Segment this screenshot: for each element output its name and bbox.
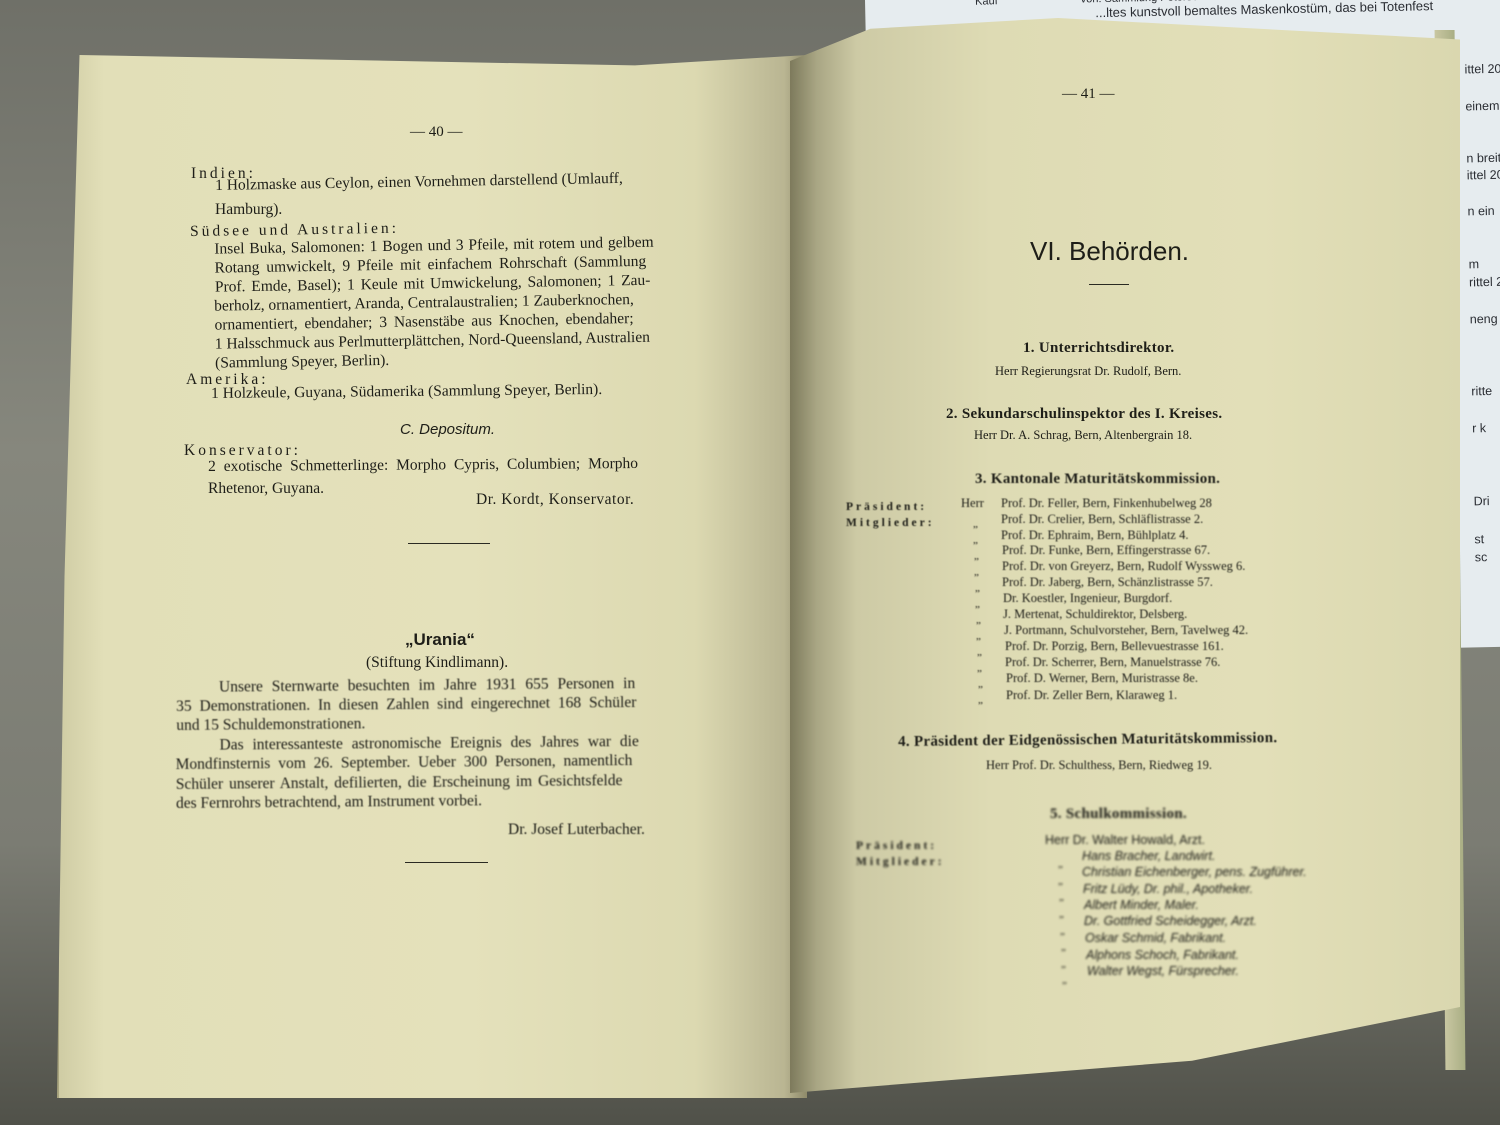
ditto-mark: „ (975, 598, 980, 610)
member-line: Prof. Dr. Zeller Bern, Klaraweg 1. (1006, 688, 1177, 703)
member-line: Fritz Lüdy, Dr. phil., Apotheker. (1083, 882, 1253, 896)
member-line: Albert Minder, Maler. (1084, 898, 1199, 912)
doc-fragment: ittel 20 (1467, 168, 1500, 183)
doc-fragment: ittel 20. (1464, 62, 1500, 77)
doc-fragment: m (1469, 257, 1480, 271)
signature: Dr. Kordt, Konservator. (476, 490, 634, 509)
text-line: Mondfinsternis vom 26. September. Ueber … (176, 751, 633, 774)
ditto-mark: „ (976, 630, 981, 642)
text-line: Rhetenor, Guyana. (208, 479, 324, 498)
text-line: Schüler unserer Anstalt, defilierten, di… (176, 771, 623, 794)
urania-title: „Urania“ (405, 630, 475, 650)
member-line: Prof. Dr. Funke, Bern, Effingerstrasse 6… (1002, 543, 1210, 558)
label-president: Präsident: (846, 501, 927, 513)
member-line: Hans Bracher, Landwirt. (1082, 849, 1215, 863)
ditto-mark: „ (1059, 908, 1064, 920)
doc-fragment: Dri (1473, 494, 1489, 508)
member-line: Herr Dr. Walter Howald, Arzt. (1045, 833, 1205, 847)
member-line: Christian Eichenberger, pens. Zugführer. (1082, 865, 1307, 879)
member-line: Prof. D. Werner, Bern, Muristrasse 8e. (1006, 671, 1198, 686)
urania-subtitle: (Stiftung Kindlimann). (366, 653, 508, 672)
depositum-title: C. Depositum. (400, 421, 495, 438)
doc-fragment: sc (1475, 550, 1488, 564)
section-heading: 2. Sekundarschulinspektor des I. Kreises… (946, 406, 1222, 423)
text-line: 2 exotische Schmetterlinge: Morpho Cypri… (208, 454, 638, 476)
member-line: J. Mertenat, Schuldirektor, Delsberg. (1003, 607, 1187, 622)
member-line: J. Portmann, Schulvorsteher, Bern, Tavel… (1004, 623, 1248, 638)
text-line: Hamburg). (215, 200, 282, 219)
doc-header-left: Kauf (975, 0, 998, 8)
ditto-mark: „ (977, 662, 982, 674)
ditto-mark: „ (1061, 958, 1066, 970)
doc-fragment: n breit (1466, 151, 1500, 166)
member-line: Oskar Schmid, Fabrikant. (1085, 931, 1226, 945)
doc-fragment: einem (1465, 99, 1499, 114)
member-line: Prof. Dr. Feller, Bern, Finkenhubelweg 2… (1001, 496, 1212, 511)
label-members: Mitglieder: (856, 856, 945, 868)
herr-label: Herr (961, 496, 984, 511)
text-line: 35 Demonstrationen. In diesen Zahlen sin… (176, 693, 636, 716)
ditto-mark: „ (1061, 941, 1066, 953)
ditto-mark: „ (976, 614, 981, 626)
ditto-mark: „ (978, 678, 983, 690)
chapter-title: VI. Behörden. (1030, 236, 1189, 267)
member-line: Dr. Koestler, Ingenieur, Burgdorf. (1003, 591, 1172, 606)
text-line: Herr Dr. A. Schrag, Bern, Altenbergrain … (974, 428, 1192, 443)
page-number: — 41 — (1062, 86, 1115, 103)
divider (405, 862, 488, 863)
member-line: Alphons Schoch, Fabrikant. (1086, 948, 1239, 962)
text-line: Herr Prof. Dr. Schulthess, Bern, Riedweg… (986, 758, 1212, 773)
text-line: und 15 Schuldemonstrationen. (176, 714, 365, 735)
ditto-mark: „ (975, 582, 980, 594)
doc-fragment: n ein (1467, 204, 1494, 219)
member-line: Prof. Dr. Crelier, Bern, Schläflistrasse… (1001, 512, 1203, 527)
member-line: Prof. Dr. Ephraim, Bern, Bühlplatz 4. (1001, 528, 1188, 543)
member-line: Dr. Gottfried Scheidegger, Arzt. (1084, 914, 1257, 928)
doc-fragment: neng (1470, 312, 1498, 327)
section-heading: 5. Schulkommission. (1050, 806, 1187, 823)
doc-fragment: ritte (1471, 384, 1492, 398)
ditto-mark: „ (977, 646, 982, 658)
signature: Dr. Josef Luterbacher. (508, 820, 645, 839)
divider (408, 543, 490, 544)
ditto-mark: „ (1060, 925, 1065, 937)
member-line: Prof. Dr. Jaberg, Bern, Schänzlistrasse … (1002, 575, 1213, 590)
text-line: des Fernrohrs betrachtend, am Instrument… (176, 791, 482, 813)
ditto-mark: „ (978, 694, 983, 706)
left-page (57, 55, 807, 1098)
ditto-mark: „ (974, 550, 979, 562)
ditto-mark: „ (973, 518, 978, 530)
divider (1089, 284, 1129, 285)
page-number: — 40 — (410, 124, 463, 141)
ditto-mark: „ (974, 566, 979, 578)
member-line: Prof. Dr. von Greyerz, Bern, Rudolf Wyss… (1002, 559, 1245, 574)
section-heading: 3. Kantonale Maturitätskommission. (975, 471, 1220, 488)
member-line: Prof. Dr. Porzig, Bern, Bellevuestrasse … (1005, 639, 1224, 654)
ditto-mark: „ (1058, 875, 1063, 887)
ditto-mark: „ (973, 534, 978, 546)
text-line: Herr Regierungsrat Dr. Rudolf, Bern. (995, 364, 1181, 379)
doc-fragment: r k (1472, 421, 1486, 435)
member-line: Walter Wegst, Fürsprecher. (1087, 964, 1239, 978)
label-president: Präsident: (856, 840, 937, 852)
ditto-mark: „ (1059, 891, 1064, 903)
doc-fragment: rittel 2 (1469, 275, 1500, 290)
ditto-mark: „ (1062, 974, 1067, 986)
ditto-mark: „ (1058, 858, 1063, 870)
member-line: Prof. Dr. Scherrer, Bern, Manuelstrasse … (1005, 655, 1220, 670)
label-members: Mitglieder: (846, 517, 935, 529)
doc-fragment: st (1474, 532, 1484, 546)
section-heading: 1. Unterrichtsdirektor. (1023, 340, 1174, 357)
